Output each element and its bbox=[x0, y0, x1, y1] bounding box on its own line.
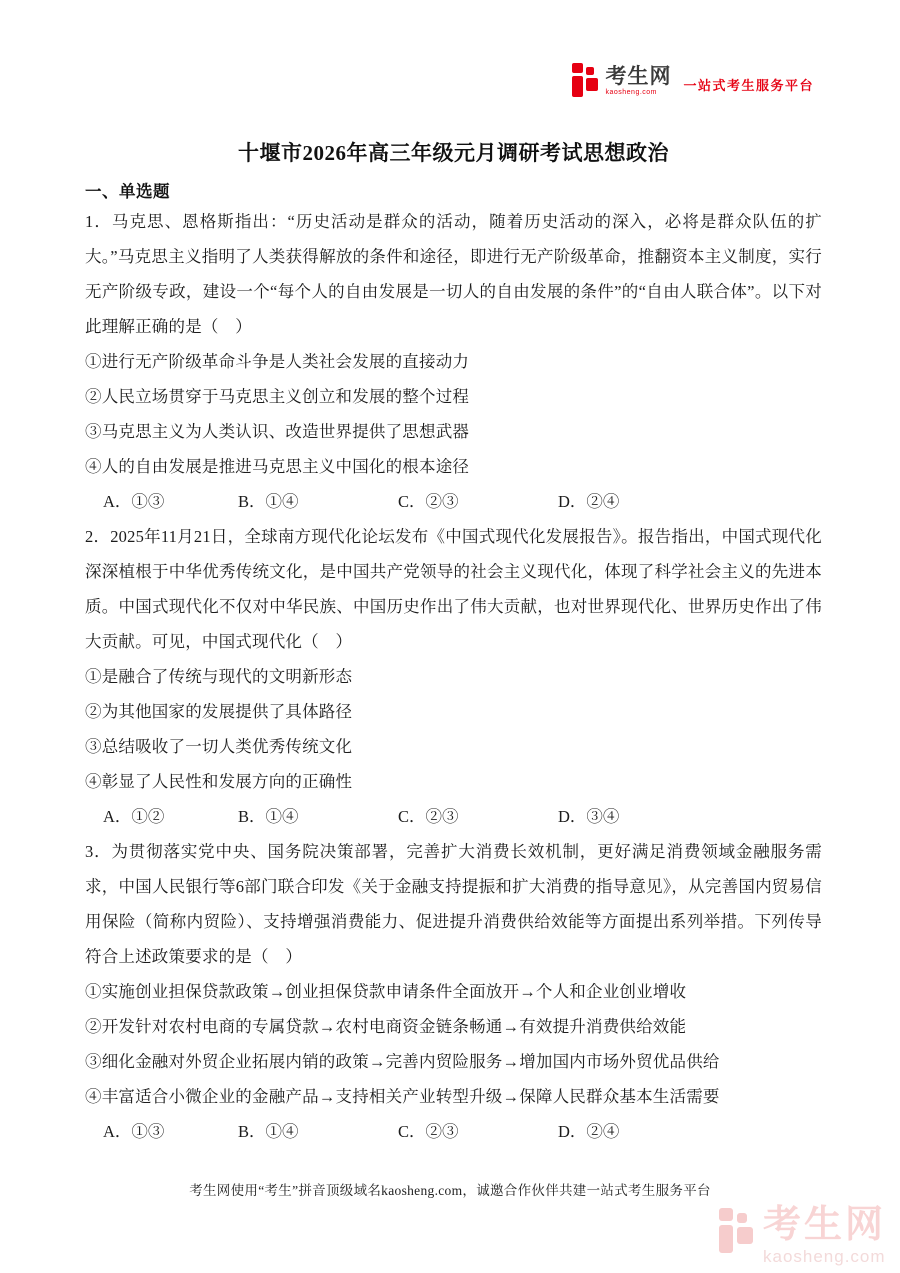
option-d: D．③④ bbox=[558, 799, 822, 834]
option-d: D．②④ bbox=[558, 1114, 822, 1149]
statement-line: ③总结吸收了一切人类优秀传统文化 bbox=[85, 729, 822, 764]
statement-line: ③马克思主义为人类认识、改造世界提供了思想武器 bbox=[85, 414, 822, 449]
option-a: A．①③ bbox=[103, 1114, 238, 1149]
statement-line: ①是融合了传统与现代的文明新形态 bbox=[85, 659, 822, 694]
statement-line: ②为其他国家的发展提供了具体路径 bbox=[85, 694, 822, 729]
statement-line: ④彰显了人民性和发展方向的正确性 bbox=[85, 764, 822, 799]
question-block-3: 3．为贯彻落实党中央、国务院决策部署，完善扩大消费长效机制，更好满足消费领域金融… bbox=[85, 834, 822, 1149]
statement-line: ②开发针对农村电商的专属贷款→农村电商资金链条畅通→有效提升消费供给效能 bbox=[85, 1009, 822, 1044]
option-b: B．①④ bbox=[238, 799, 398, 834]
logo-tagline: 一站式考生服务平台 bbox=[683, 67, 814, 94]
statement-line: ①进行无产阶级革命斗争是人类社会发展的直接动力 bbox=[85, 344, 822, 379]
options-row: A．①③ B．①④ C．②③ D．②④ bbox=[85, 1114, 822, 1149]
option-d: D．②④ bbox=[558, 484, 822, 519]
option-b: B．①④ bbox=[238, 1114, 398, 1149]
document-page: 十堰市2026年高三年级元月调研考试思想政治 一、单选题 1．马克思、恩格斯指出… bbox=[85, 138, 822, 1149]
kaosheng-logo-icon bbox=[572, 63, 599, 98]
option-a: A．①② bbox=[103, 799, 238, 834]
logo-domain-text: kaosheng.com bbox=[605, 89, 671, 96]
options-row: A．①② B．①④ C．②③ D．③④ bbox=[85, 799, 822, 834]
statement-line: ②人民立场贯穿于马克思主义创立和发展的整个过程 bbox=[85, 379, 822, 414]
question-block-1: 1．马克思、恩格斯指出：“历史活动是群众的活动，随着历史活动的深入，必将是群众队… bbox=[85, 204, 822, 519]
question-stem: 3．为贯彻落实党中央、国务院决策部署，完善扩大消费长效机制，更好满足消费领域金融… bbox=[85, 834, 822, 974]
statement-line: ①实施创业担保贷款政策→创业担保贷款申请条件全面放开→个人和企业创业增收 bbox=[85, 974, 822, 1009]
statement-line: ③细化金融对外贸企业拓展内销的政策→完善内贸险服务→增加国内市场外贸优品供给 bbox=[85, 1044, 822, 1079]
option-c: C．②③ bbox=[398, 799, 558, 834]
footer-note: 考生网使用“考生”拼音顶级域名kaosheng.com，诚邀合作伙伴共建一站式考… bbox=[0, 1178, 900, 1204]
watermark-brand-text: 考生网 bbox=[763, 1206, 886, 1244]
header-logo: 考生网 kaosheng.com 一站式考生服务平台 bbox=[572, 63, 814, 98]
logo-brand-text: 考生网 bbox=[605, 66, 671, 87]
logo-text: 考生网 kaosheng.com bbox=[605, 66, 671, 96]
page-title: 十堰市2026年高三年级元月调研考试思想政治 bbox=[85, 138, 822, 168]
option-c: C．②③ bbox=[398, 1114, 558, 1149]
option-a: A．①③ bbox=[103, 484, 238, 519]
watermark-logo-icon bbox=[719, 1208, 753, 1254]
question-stem: 1．马克思、恩格斯指出：“历史活动是群众的活动，随着历史活动的深入，必将是群众队… bbox=[85, 204, 822, 344]
options-row: A．①③ B．①④ C．②③ D．②④ bbox=[85, 484, 822, 519]
statement-line: ④人的自由发展是推进马克思主义中国化的根本途径 bbox=[85, 449, 822, 484]
question-stem: 2．2025年11月21日，全球南方现代化论坛发布《中国式现代化发展报告》。报告… bbox=[85, 519, 822, 659]
watermark-domain-text: kaosheng.com bbox=[763, 1248, 886, 1265]
question-block-2: 2．2025年11月21日，全球南方现代化论坛发布《中国式现代化发展报告》。报告… bbox=[85, 519, 822, 834]
section-heading: 一、单选题 bbox=[85, 180, 822, 204]
option-b: B．①④ bbox=[238, 484, 398, 519]
watermark: 考生网 kaosheng.com bbox=[719, 1206, 886, 1265]
option-c: C．②③ bbox=[398, 484, 558, 519]
statement-line: ④丰富适合小微企业的金融产品→支持相关产业转型升级→保障人民群众基本生活需要 bbox=[85, 1079, 822, 1114]
